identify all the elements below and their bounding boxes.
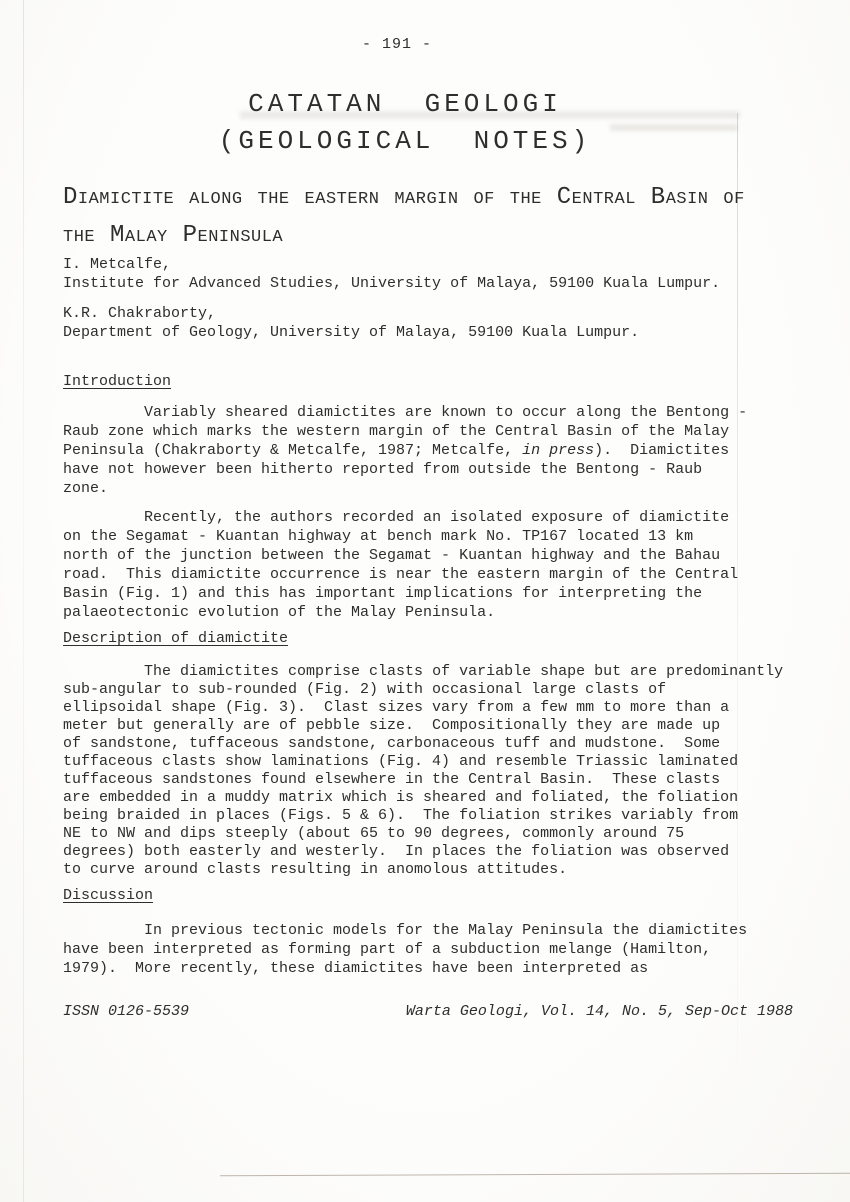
introduction-paragraph-1: Variably sheared diamictites are known t… (63, 403, 793, 498)
section-heading-description: Description of diamictite (63, 629, 793, 648)
footer-journal-citation: Warta Geologi, Vol. 14, No. 5, Sep-Oct 1… (406, 1002, 793, 1021)
introduction-paragraph-2: Recently, the authors recorded an isolat… (63, 508, 793, 622)
page-number: - 191 - (32, 35, 762, 54)
author-block: I. Metcalfe, Institute for Advanced Stud… (63, 255, 793, 293)
journal-section-title-english: (GEOLOGICAL NOTES) (40, 128, 770, 154)
page-content: - 191 - CATATAN GEOLOGI (GEOLOGICAL NOTE… (63, 0, 793, 1021)
article-title-line2: the Malay Peninsula (63, 222, 283, 249)
scan-bottom-line (220, 1173, 850, 1176)
author-name: I. Metcalfe, (63, 255, 793, 274)
author-affiliation: Department of Geology, University of Mal… (63, 323, 793, 342)
footer-issn: ISSN 0126-5539 (63, 1002, 189, 1021)
journal-footer: ISSN 0126-5539 Warta Geologi, Vol. 14, N… (63, 1002, 793, 1021)
scan-fold-line (23, 0, 24, 1202)
journal-section-title-malay: CATATAN GEOLOGI (40, 91, 770, 117)
italic-citation-text: in press (522, 442, 594, 459)
author-affiliation: Institute for Advanced Studies, Universi… (63, 274, 793, 293)
article-title-line1: Diamictite along the eastern margin of t… (63, 184, 745, 211)
section-heading-discussion: Discussion (63, 886, 793, 905)
author-name: K.R. Chakraborty, (63, 304, 793, 323)
section-heading-introduction: Introduction (63, 372, 793, 391)
scanned-document-page: - 191 - CATATAN GEOLOGI (GEOLOGICAL NOTE… (0, 0, 850, 1202)
article-title: Diamictite along the eastern margin of t… (63, 179, 793, 255)
description-paragraph: The diamictites comprise clasts of varia… (63, 663, 793, 879)
author-block: K.R. Chakraborty, Department of Geology,… (63, 304, 793, 342)
discussion-paragraph: In previous tectonic models for the Mala… (63, 921, 793, 978)
